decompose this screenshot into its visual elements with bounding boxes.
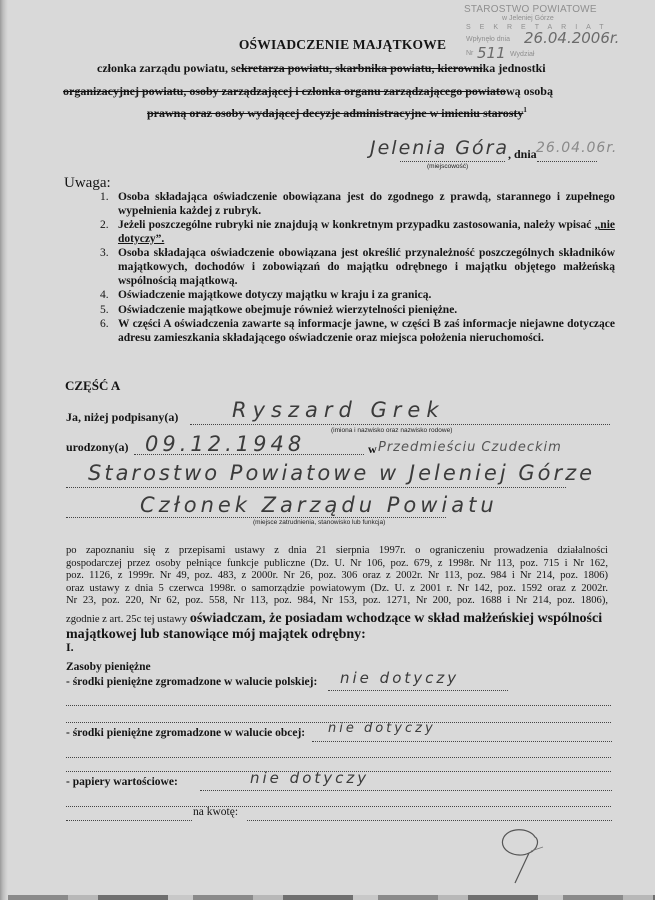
struck-text: prawną oraz osoby wydającej decyzje admi… [147, 106, 523, 120]
field-foreign-dotted-line [312, 741, 612, 742]
field-pln-dotted-line [328, 690, 508, 691]
employer-dotted-line [66, 487, 566, 488]
legal-text-line: Nr 23, poz. 220, Nr 62, poz. 558, Nr 113… [66, 595, 608, 608]
section-1-heading: I. [66, 640, 74, 655]
subtitle-text: 1 [523, 106, 527, 114]
notes-list: 1.Osoba składająca oświadczenie obowiąza… [100, 191, 615, 347]
place-dotted-line [400, 161, 505, 162]
legal-basis-paragraph: po zapoznaniu się z przepisami ustawy z … [66, 545, 608, 608]
subtitle-text: ka jednostki [483, 61, 546, 75]
note-text: Osoba składająca oświadczenie obowiązana… [118, 191, 615, 217]
received-stamp: STAROSTWO POWIATOWE w Jeleniej Górze SEK… [462, 2, 652, 62]
scanned-document-page: STAROSTWO POWIATOWE w Jeleniej Górze SEK… [0, 0, 655, 900]
note-item: 4.Oświadczenie majątkowe dotyczy majątku… [100, 289, 615, 303]
field-pln-label: - środki pieniężne zgromadzone w walucie… [66, 676, 317, 688]
declaration-statement: zgodnie z art. 25c tej ustawy oświadczam… [66, 611, 616, 642]
employer-value: Starostwo Powiatowe w Jeleniej Górze [88, 461, 595, 485]
signed-dotted-line [190, 424, 610, 425]
position-value: Członek Zarządu Powiatu [140, 493, 498, 517]
subtitle-text: członka zarządu powiatu, se [97, 61, 241, 75]
place-value: Jelenia Góra [370, 137, 509, 159]
note-item: 5.Oświadczenie majątkowe obejmuje równie… [100, 304, 615, 318]
note-number: 3. [100, 247, 109, 261]
initials-signature [495, 825, 555, 890]
note-text: Osoba składająca oświadczenie obowiązana… [118, 247, 615, 286]
born-place-value: Przedmieściu Czudeckim [378, 440, 562, 455]
legal-text-line: oraz ustawy z dnia 5 czerwca 1998r. o sa… [66, 583, 608, 596]
note-text: W części A oświadczenia zawarte są infor… [118, 318, 615, 344]
note-number: 5. [100, 304, 109, 318]
amount-dotted-line [247, 820, 612, 821]
subtitle-text: wą osobą [506, 84, 553, 98]
field-securities-dotted-line [200, 790, 612, 791]
position-dotted-line [66, 517, 446, 518]
section-1-subheading: Zasoby pieniężne [66, 661, 151, 673]
dotted-line [66, 806, 611, 807]
dotted-line [66, 705, 611, 706]
note-item: 3.Osoba składająca oświadczenie obowiąza… [100, 247, 615, 288]
document-title: OŚWIADCZENIE MAJĄTKOWE [0, 37, 655, 53]
place-caption: (miejscowość) [427, 163, 468, 170]
field-securities-value: nie dotyczy [250, 769, 369, 787]
born-label: urodzony(a) [66, 440, 128, 455]
struck-text: kretarza powiatu, skarbnika powiatu, kie… [241, 61, 483, 75]
amount-prefix-dotted-line [66, 820, 192, 821]
note-item: 1.Osoba składająca oświadczenie obowiąza… [100, 191, 615, 218]
stamp-office: STAROSTWO POWIATOWE [464, 4, 597, 15]
field-foreign-value: nie dotyczy [328, 721, 436, 736]
legal-text-line: gospodarczej przez osoby pełniące funkcj… [66, 558, 608, 571]
note-item: 2.Jeżeli poszczególne rubryki nie znajdu… [100, 219, 615, 246]
signed-caption: (imiona i nazwisko oraz nazwisko rodowe) [331, 427, 452, 434]
legal-text-line: poz. 1126, z 1999r. Nr 49, poz. 483, z 2… [66, 570, 608, 583]
subtitle-line-2: organizacyjnej powiatu, osoby zarządzają… [63, 84, 553, 99]
struck-text: organizacyjnej powiatu, osoby zarządzają… [63, 84, 506, 98]
note-number: 1. [100, 191, 109, 205]
field-securities-label: - papiery wartościowe: [66, 776, 178, 788]
note-text: Oświadczenie majątkowe obejmuje również … [118, 304, 457, 316]
note-number: 6. [100, 318, 109, 332]
field-foreign-label: - środki pieniężne zgromadzone w walucie… [66, 727, 305, 739]
scan-bottom-edge [8, 895, 655, 900]
part-a-heading: CZĘŚĆ A [65, 378, 120, 394]
signed-name-value: Ryszard Grek [232, 398, 444, 422]
born-place-label: w [368, 442, 377, 457]
stamp-city: w Jeleniej Górze [502, 15, 554, 22]
declaration-prefix: zgodnie z art. 25c tej ustawy [66, 614, 190, 625]
date-value: 26.04.06r. [536, 140, 617, 156]
legal-text-line: po zapoznaniu się z przepisami ustawy z … [66, 545, 608, 558]
dotted-line [66, 757, 611, 758]
note-text: Jeżeli poszczególne rubryki nie znajdują… [118, 219, 595, 231]
scan-left-edge [0, 0, 8, 900]
date-dotted-line [537, 161, 597, 162]
born-date-value: 09.12.1948 [145, 432, 305, 456]
amount-label: na kwotę: [193, 806, 238, 818]
subtitle-line-1: członka zarządu powiatu, sekretarza powi… [97, 61, 546, 76]
field-pln-value: nie dotyczy [340, 669, 459, 687]
note-item: 6.W części A oświadczenia zawarte są inf… [100, 318, 615, 345]
date-label: , dnia [508, 147, 537, 162]
subtitle-line-3: prawną oraz osoby wydającej decyzje admi… [147, 106, 527, 121]
signed-label: Ja, niżej podpisany(a) [66, 410, 178, 425]
note-text: Oświadczenie majątkowe dotyczy majątku w… [118, 289, 431, 301]
note-number: 4. [100, 289, 109, 303]
note-number: 2. [100, 219, 109, 233]
notes-heading: Uwaga: [64, 175, 111, 192]
employment-caption: (miejsce zatrudnienia, stanowisko lub fu… [253, 519, 385, 526]
